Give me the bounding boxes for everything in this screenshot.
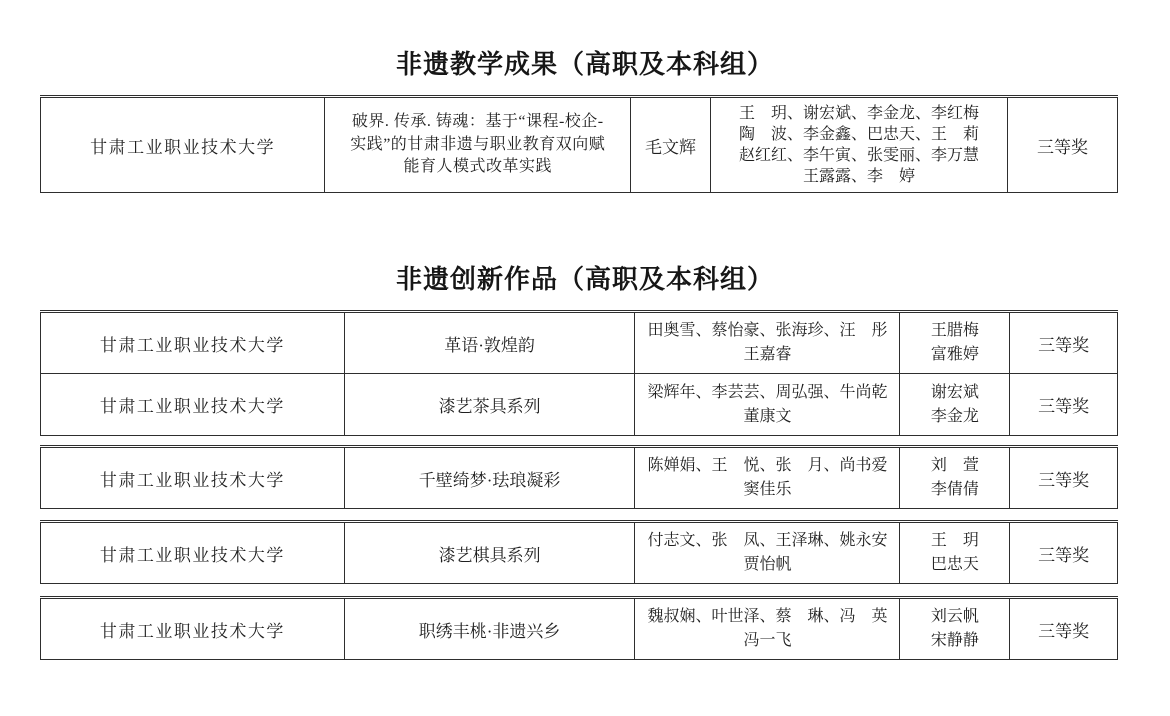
table-row: 甘肃工业职业技术大学 漆艺棋具系列 付志文、张 凤、王泽琳、姚永安 贾怡帆 王 … — [41, 522, 1118, 584]
cell-work-title: 千壁绮梦·珐琅凝彩 — [344, 447, 635, 509]
table-row: 甘肃工业职业技术大学 职绣丰桃·非遗兴乡 魏叔娴、叶世泽、蔡 琳、冯 英 冯一飞… — [41, 598, 1118, 660]
cell-work-title: 漆艺棋具系列 — [344, 522, 635, 584]
cell-school: 甘肃工业职业技术大学 — [41, 522, 345, 584]
cell-work-title: 革语·敦煌韵 — [344, 312, 635, 374]
cell-award: 三等奖 — [1010, 312, 1118, 374]
cell-school: 甘肃工业职业技术大学 — [41, 374, 345, 436]
cell-award: 三等奖 — [1010, 522, 1118, 584]
table-row: 甘肃工业职业技术大学 千壁绮梦·珐琅凝彩 陈婵娟、王 悦、张 月、尚书爱 窦佳乐… — [41, 447, 1118, 509]
cell-members: 梁辉年、李芸芸、周弘强、牛尚乾 董康文 — [635, 374, 900, 436]
cell-work-title: 破界. 传承. 铸魂：基于“课程-校企- 实践”的甘肃非遗与职业教育双向赋 能育… — [325, 97, 631, 193]
cell-school: 甘肃工业职业技术大学 — [41, 312, 345, 374]
cell-award: 三等奖 — [1008, 97, 1118, 193]
section1-title: 非遗教学成果（高职及本科组） — [0, 44, 1170, 81]
cell-award: 三等奖 — [1010, 598, 1118, 660]
innovation-works-table-block-3: 甘肃工业职业技术大学 漆艺棋具系列 付志文、张 凤、王泽琳、姚永安 贾怡帆 王 … — [40, 520, 1118, 584]
cell-instructors: 王 玥 巴忠天 — [900, 522, 1010, 584]
document-page: 非遗教学成果（高职及本科组） 甘肃工业职业技术大学 破界. 传承. 铸魂：基于“… — [0, 0, 1170, 716]
cell-instructors: 王腊梅 富雅婷 — [900, 312, 1010, 374]
table-row: 甘肃工业职业技术大学 革语·敦煌韵 田奥雪、蔡怡豪、张海珍、汪 彤 王嘉睿 王腊… — [41, 312, 1118, 374]
cell-instructors: 谢宏斌 李金龙 — [900, 374, 1010, 436]
cell-members: 王 玥、谢宏斌、李金龙、李红梅 陶 波、李金鑫、巴忠天、王 莉 赵红红、李午寅、… — [710, 97, 1007, 193]
innovation-works-table-block-1: 甘肃工业职业技术大学 革语·敦煌韵 田奥雪、蔡怡豪、张海珍、汪 彤 王嘉睿 王腊… — [40, 310, 1118, 436]
cell-members: 田奥雪、蔡怡豪、张海珍、汪 彤 王嘉睿 — [635, 312, 900, 374]
cell-members: 魏叔娴、叶世泽、蔡 琳、冯 英 冯一飞 — [635, 598, 900, 660]
innovation-works-table-block-2: 甘肃工业职业技术大学 千壁绮梦·珐琅凝彩 陈婵娟、王 悦、张 月、尚书爱 窦佳乐… — [40, 445, 1118, 509]
cell-leader: 毛文辉 — [631, 97, 711, 193]
cell-instructors: 刘 萱 李倩倩 — [900, 447, 1010, 509]
cell-school: 甘肃工业职业技术大学 — [41, 598, 345, 660]
table-row: 甘肃工业职业技术大学 破界. 传承. 铸魂：基于“课程-校企- 实践”的甘肃非遗… — [41, 97, 1118, 193]
cell-work-title: 职绣丰桃·非遗兴乡 — [344, 598, 635, 660]
cell-award: 三等奖 — [1010, 447, 1118, 509]
teaching-results-table: 甘肃工业职业技术大学 破界. 传承. 铸魂：基于“课程-校企- 实践”的甘肃非遗… — [40, 95, 1118, 193]
cell-work-title: 漆艺茶具系列 — [344, 374, 635, 436]
cell-award: 三等奖 — [1010, 374, 1118, 436]
section2-title: 非遗创新作品（高职及本科组） — [0, 259, 1170, 296]
table-row: 甘肃工业职业技术大学 漆艺茶具系列 梁辉年、李芸芸、周弘强、牛尚乾 董康文 谢宏… — [41, 374, 1118, 436]
cell-school: 甘肃工业职业技术大学 — [41, 447, 345, 509]
innovation-works-table-block-4: 甘肃工业职业技术大学 职绣丰桃·非遗兴乡 魏叔娴、叶世泽、蔡 琳、冯 英 冯一飞… — [40, 596, 1118, 660]
cell-instructors: 刘云帆 宋静静 — [900, 598, 1010, 660]
cell-school: 甘肃工业职业技术大学 — [41, 97, 325, 193]
cell-members: 陈婵娟、王 悦、张 月、尚书爱 窦佳乐 — [635, 447, 900, 509]
cell-members: 付志文、张 凤、王泽琳、姚永安 贾怡帆 — [635, 522, 900, 584]
